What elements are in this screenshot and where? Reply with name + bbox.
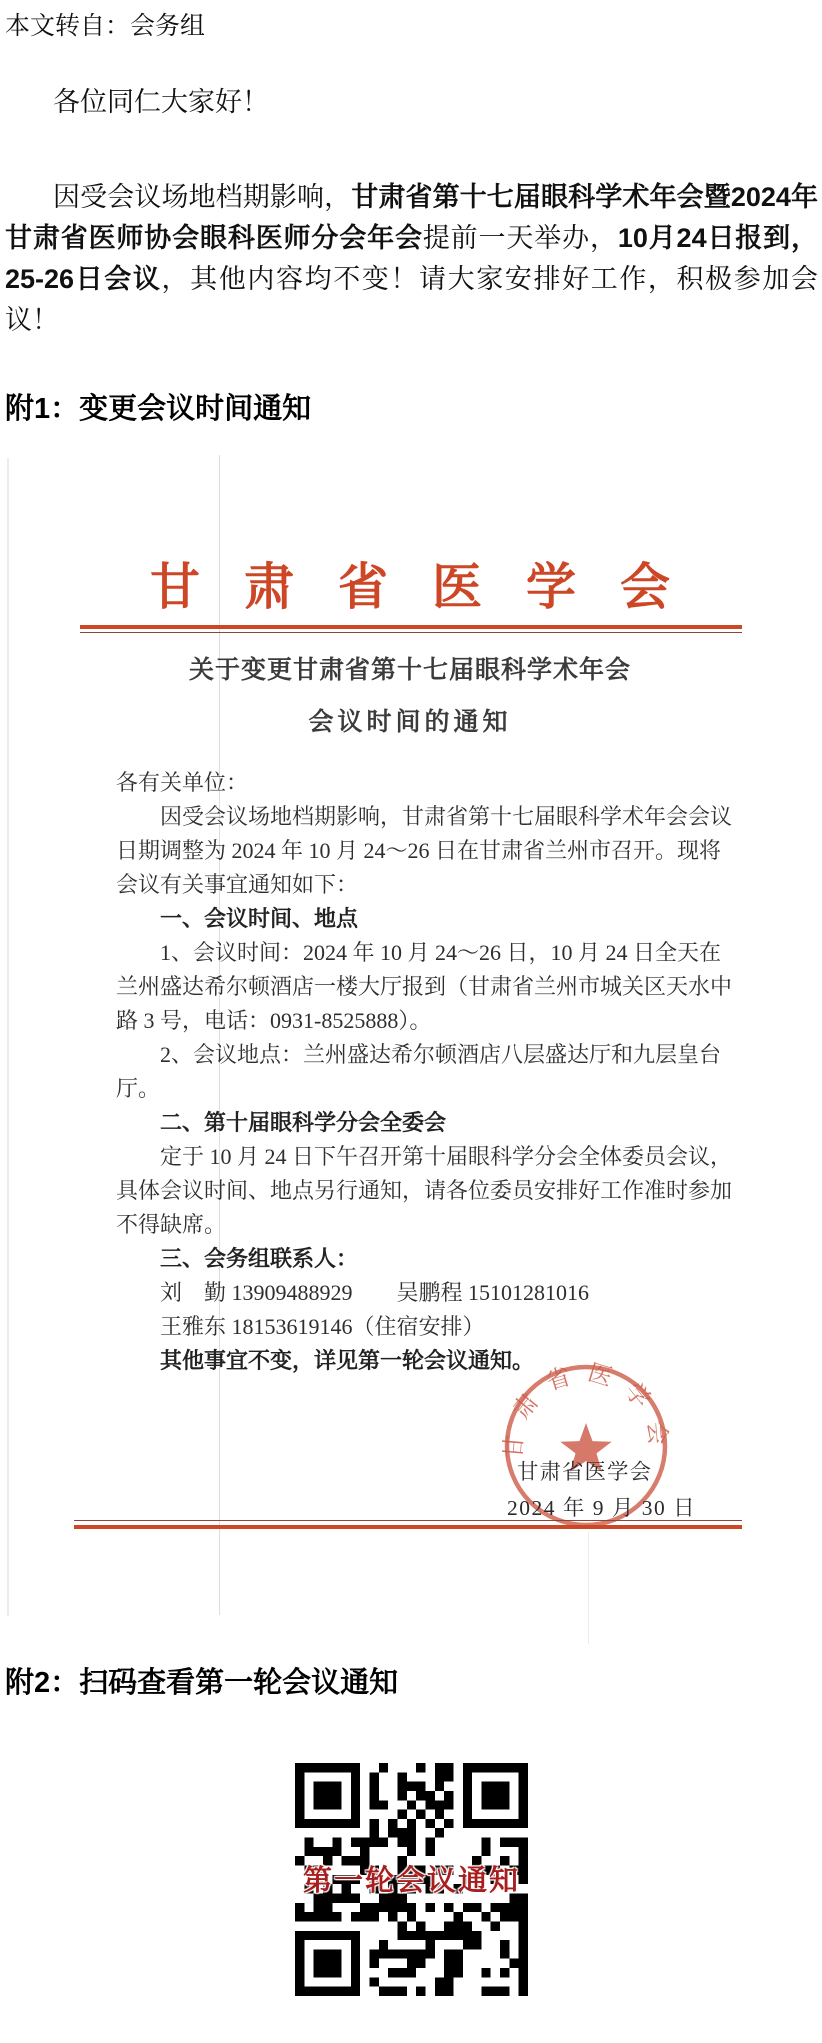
letter-signature: 甘肃省医学会 <box>517 1455 652 1486</box>
letterhead-divider <box>80 625 742 633</box>
scan-left-edge-line <box>7 458 9 1616</box>
letter-body-line: 定于 10 月 24 日下午召开第十届眼科学分会全体委员会议， <box>116 1140 738 1174</box>
letter-body-line: 2、会议地点：兰州盛达希尔顿酒店八层盛达厅和九层皇台 <box>116 1038 738 1072</box>
source-line: 本文转自：会务组 <box>5 6 205 42</box>
letter-title-line1: 关于变更甘肃省第十七届眼科学术年会 <box>75 643 745 698</box>
letter-body-line: 兰州盛达希尔顿酒店一楼大厅报到（甘肃省兰州市城关区天水中 <box>116 970 738 1004</box>
letter-title: 关于变更甘肃省第十七届眼科学术年会 会议时间的通知 <box>75 643 745 748</box>
letter-title-line2: 会议时间的通知 <box>75 698 745 748</box>
letter-body-line: 不得缺席。 <box>116 1208 738 1242</box>
letter-body-line: 三、会务组联系人： <box>116 1242 738 1276</box>
attachment1-heading: 附1：变更会议时间通知 <box>5 386 311 427</box>
qr-code-label: 第一轮会议通知 <box>235 1858 588 1899</box>
letter-body-line: 路 3 号，电话：0931-8525888）。 <box>116 1004 738 1038</box>
letter-body-line: 会议有关事宜通知如下： <box>116 868 738 902</box>
letter-body-line: 刘 勤 13909488929 吴鹏程 15101281016 <box>116 1276 738 1310</box>
letter-body-line: 厅。 <box>116 1072 738 1106</box>
letter-body-line: 一、会议时间、地点 <box>116 902 738 936</box>
letter-body: 各有关单位：因受会议场地档期影响，甘肃省第十七届眼科学术年会会议日期调整为 20… <box>116 766 738 1378</box>
announcement-paragraph: 因受会议场地档期影响，甘肃省第十七届眼科学术年会暨2024年甘肃省医师协会眼科医… <box>5 177 818 341</box>
letter-date: 2024 年 9 月 30 日 <box>507 1491 696 1522</box>
letter-body-line: 日期调整为 2024 年 10 月 24～26 日在甘肃省兰州市召开。现将 <box>116 834 738 868</box>
announcement-segment: 因受会议场地档期影响， <box>53 182 351 212</box>
letter-org-name: 甘肃省医学会 <box>150 562 714 612</box>
letter-body-line: 二、第十届眼科学分会全委会 <box>116 1106 738 1140</box>
qr-code-image[interactable]: 第一轮会议通知 <box>295 1762 528 1997</box>
letter-body-line: 各有关单位： <box>116 766 738 800</box>
letter-body-line: 王雅东 18153619146（住宿安排） <box>116 1310 738 1344</box>
attachment2-heading: 附2：扫码查看第一轮会议通知 <box>5 1660 398 1701</box>
letter-body-line: 1、会议时间：2024 年 10 月 24～26 日，10 月 24 日全天在 <box>116 936 738 970</box>
letter-scan-image[interactable]: 甘肃省医学会 关于变更甘肃省第十七届眼科学术年会 会议时间的通知 各有关单位：因… <box>0 450 752 1620</box>
scan-fold-line-lower <box>588 1532 589 1644</box>
letter-body-line: 因受会议场地档期影响，甘肃省第十七届眼科学术年会会议 <box>116 800 738 834</box>
letter-body-line: 具体会议时间、地点另行通知，请各位委员安排好工作准时参加 <box>116 1174 738 1208</box>
page-root: 本文转自：会务组 各位同仁大家好！ 因受会议场地档期影响，甘肃省第十七届眼科学术… <box>0 0 822 2043</box>
greeting: 各位同仁大家好！ <box>53 80 269 119</box>
announcement-segment: 提前一天举办， <box>423 223 618 253</box>
letter-bottom-divider <box>74 1520 742 1529</box>
